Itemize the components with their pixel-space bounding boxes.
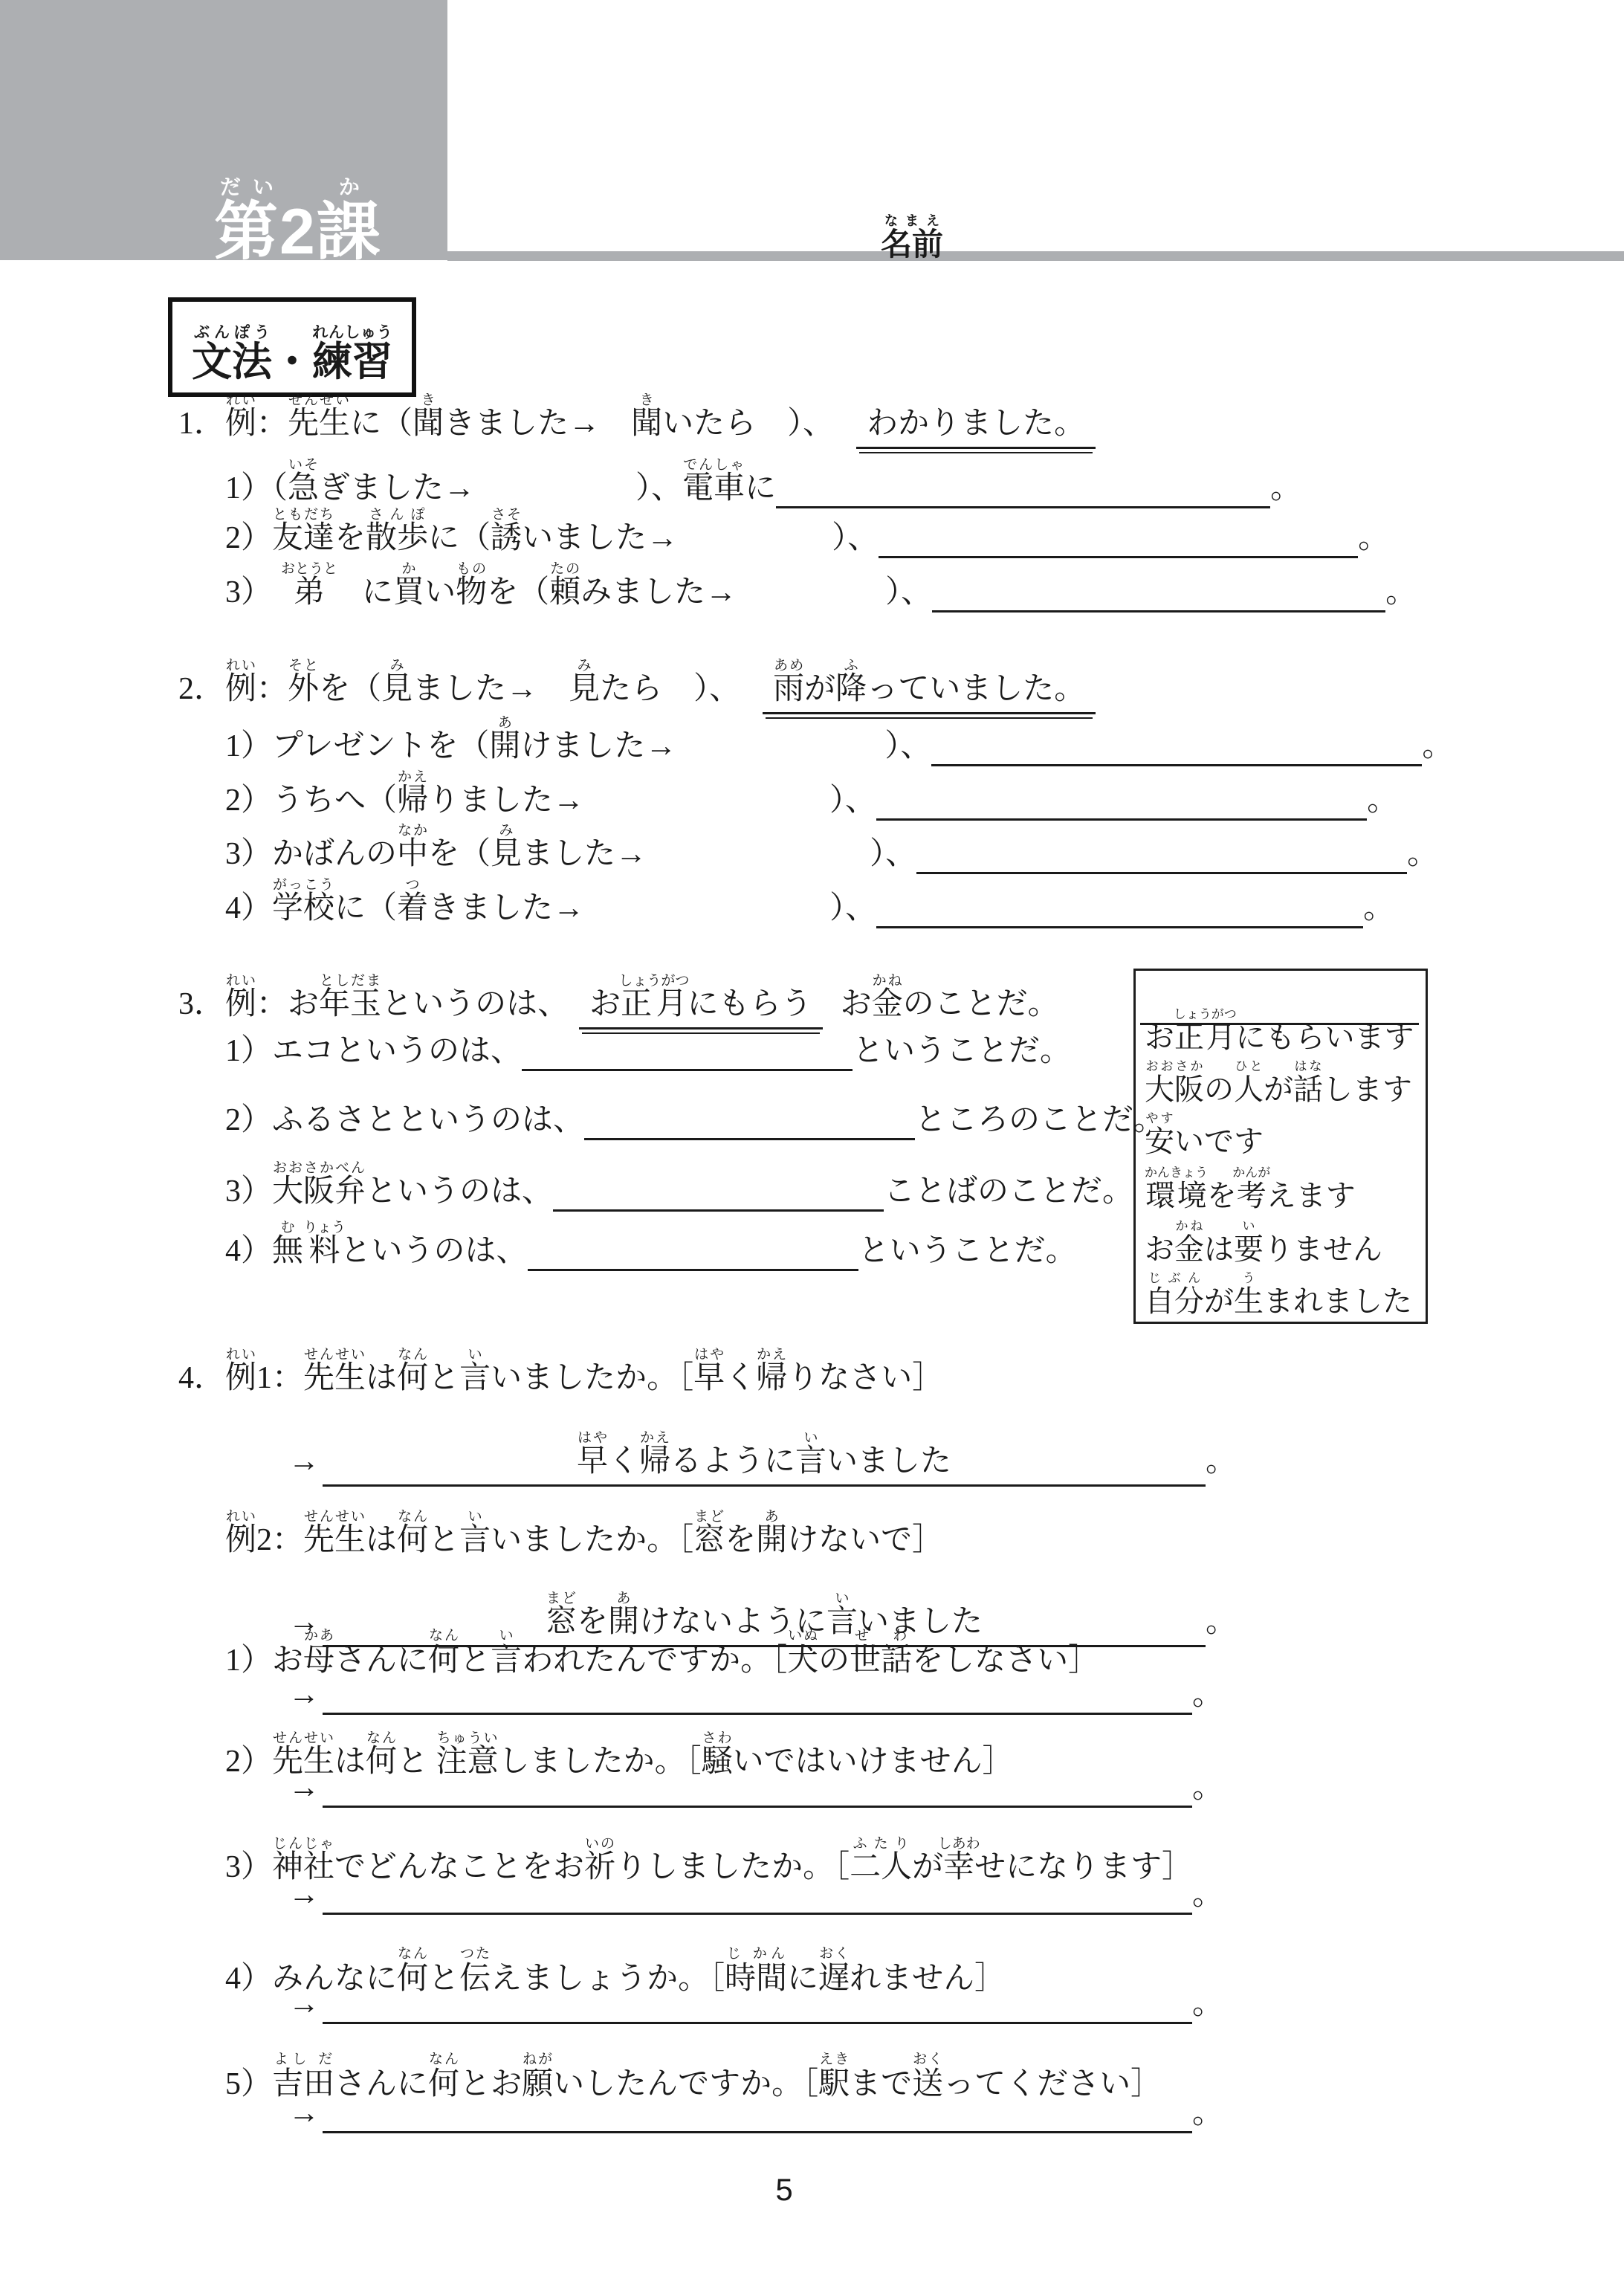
ruby-text: 母かあ: [303, 1643, 334, 1678]
text-segment: 。: [1270, 471, 1301, 505]
ruby-text: 世話せ わ: [850, 1643, 912, 1678]
text-segment: は: [1204, 1232, 1234, 1266]
ruby-text: 中なか: [397, 837, 428, 871]
text-segment: 。: [1363, 891, 1394, 925]
text-segment: を（: [319, 672, 381, 706]
text-segment: いましたか。［: [491, 1361, 693, 1395]
text-segment: 3）かばんの: [225, 837, 397, 871]
text-segment: と: [428, 1523, 459, 1557]
ruby-text: 第だい: [214, 196, 279, 268]
text-segment: 。: [1422, 729, 1453, 763]
wordbank-item-3: 安やすいです: [1145, 1111, 1264, 1160]
text-segment: われたんですか。［: [522, 1643, 787, 1678]
text-segment: にもらいます: [1236, 1021, 1414, 1054]
ruby-text: 例れい: [225, 1523, 256, 1557]
ex3-item-1: 1）エコというのは、ということだ。: [225, 1032, 1071, 1071]
text-segment: 。: [1358, 521, 1389, 555]
wordbank-item-6: 自分じぶんが生うまれました: [1145, 1271, 1412, 1319]
text-segment: 。: [1192, 2096, 1223, 2130]
text-segment: いました: [826, 1444, 951, 1478]
text-segment: は: [366, 1523, 397, 1557]
ruby-text: 言い: [795, 1444, 826, 1478]
ruby-text: 言い: [459, 1523, 491, 1557]
text-segment: 2：: [256, 1523, 303, 1557]
text-segment: 3）: [225, 1174, 272, 1209]
ruby-text: 誘さそ: [491, 521, 522, 555]
section-title: 文法ぶんぽう・練習れんしゅう: [192, 324, 392, 384]
ruby-text: 開あ: [489, 729, 520, 763]
answer-blank-line: [323, 2131, 1192, 2133]
text-segment: 1：: [256, 1361, 303, 1395]
text-segment: みました→: [580, 575, 737, 610]
text-segment: ことばのことだ。: [884, 1174, 1133, 1209]
ruby-text: 生う: [1234, 1284, 1264, 1318]
text-segment: 4．: [178, 1361, 225, 1395]
text-segment: 5）: [225, 2067, 272, 2101]
ruby-text: 見み: [569, 672, 600, 706]
text-segment: にもらう: [688, 987, 812, 1021]
ex4-item-5-answer: →。: [288, 2095, 1223, 2133]
text-segment: い: [424, 575, 456, 610]
text-segment: まれました: [1264, 1284, 1412, 1318]
page-number: 5: [751, 2172, 818, 2208]
ruby-text: 話はな: [1293, 1073, 1323, 1106]
text-segment: ：: [256, 407, 288, 441]
ex1-example: 1．例れい：先生せんせいに（聞ききました→ 聞きいたら ）、わかりました。: [178, 392, 1096, 449]
wordbank-item-5: お金かねは要いりません: [1145, 1219, 1382, 1267]
text-segment: というのは、: [381, 987, 569, 1021]
answer-blank-line: [876, 926, 1363, 928]
ex4-example-1: 4．例れい1：先生せんせいは何なんと言いいましたか。［早はやく帰かえりなさい］: [178, 1347, 943, 1397]
ex2-item-4: 4）学校がっこうに（着つきました→）、。: [225, 877, 1394, 928]
worksheet-page: 第だい2課か 名前なまえ 文法ぶんぽう・練習れんしゅう 5 1．例れい：先生せん…: [0, 0, 1624, 2282]
section-title-box: 文法ぶんぽう・練習れんしゅう: [168, 297, 416, 397]
text-segment: いです: [1174, 1125, 1264, 1158]
text-segment: 1）（: [225, 471, 288, 505]
text-segment: と: [459, 1643, 491, 1678]
text-segment: お: [1145, 1232, 1174, 1266]
ex3-item-3: 3）大阪弁おおさかべんというのは、ことばのことだ。: [225, 1160, 1133, 1212]
ruby-text: 金かね: [872, 987, 903, 1021]
ruby-text: 無む: [272, 1234, 303, 1268]
answer-blank-line: [931, 764, 1422, 766]
answer-blank-line: [522, 1069, 853, 1071]
text-segment: わかりました。: [867, 407, 1085, 441]
text-segment: お: [1145, 1021, 1174, 1054]
ruby-text: 見み: [381, 672, 413, 706]
text-segment: ：: [256, 672, 288, 706]
ruby-text: 外そと: [288, 672, 319, 706]
text-segment: きました→: [444, 407, 631, 441]
text-segment: っていました。: [867, 672, 1085, 706]
ex4-item-3-answer: →。: [288, 1876, 1223, 1915]
text-segment: 。: [1192, 1987, 1223, 2021]
text-segment: けました→: [520, 729, 676, 763]
text-segment: 2: [279, 196, 317, 268]
answer-blank-line: [323, 1806, 1192, 1808]
text-segment: 。: [1192, 1878, 1223, 1912]
text-segment: の: [1204, 1073, 1234, 1106]
ruby-text: 帰かえ: [397, 783, 428, 818]
answer-blank-line: [323, 1913, 1192, 1915]
text-segment: 3．: [178, 987, 225, 1021]
ruby-text: 金かね: [1174, 1232, 1204, 1266]
text-segment: 1）お: [225, 1643, 303, 1678]
text-segment: ところのことだ。: [915, 1103, 1165, 1137]
text-segment: →: [288, 1771, 320, 1805]
text-segment: 1．: [178, 407, 225, 441]
text-segment: ・: [272, 340, 312, 384]
ex2-example: 2．例れい：外そとを（見みました→ 見みたら ）、雨あめが降ふっていました。: [178, 658, 1096, 714]
text-segment: →: [288, 1987, 320, 2021]
text-segment: 1）プレゼントを（: [225, 729, 489, 763]
ex2-item-3: 3）かばんの中なかを（見みました→）、。: [225, 823, 1438, 874]
text-segment: ）、: [635, 471, 682, 505]
ruby-text: 降ふ: [835, 672, 867, 706]
text-segment: 2．: [178, 672, 225, 706]
ruby-text: 年玉としだま: [319, 987, 381, 1021]
ruby-text: 先生せんせい: [303, 1361, 366, 1395]
text-segment: ）、: [829, 891, 876, 925]
text-segment: ）、: [829, 783, 876, 818]
ruby-text: 何なん: [397, 1523, 428, 1557]
text-segment: りません: [1264, 1232, 1382, 1266]
ruby-text: 早はや: [693, 1361, 725, 1395]
ex3-item-4: 4）無む料りょうというのは、ということだ。: [225, 1220, 1077, 1271]
lesson-title: 第だい2課か: [214, 175, 382, 265]
text-segment: ：お: [256, 987, 319, 1021]
text-segment: というのは、: [366, 1174, 553, 1209]
ruby-text: 環境かんきょう: [1145, 1179, 1207, 1212]
ruby-text: 先生せんせい: [288, 407, 350, 441]
ex4-item-1: 1）お母かあさんに何なんと言いわれたんですか。［犬いぬの世話せ わをしなさい］: [225, 1628, 1099, 1679]
ruby-text: 買か: [393, 575, 424, 610]
answer-blank-line: [553, 1209, 884, 1212]
ex1-item-2: 2）友達ともだちを散歩さんぽに（誘さそいました→）、。: [225, 507, 1389, 558]
text-segment: を: [725, 1523, 756, 1557]
wordbank-item-1: お正月しょうがつにもらいます: [1145, 1007, 1414, 1056]
text-segment: をしなさい］: [912, 1643, 1099, 1678]
ruby-text: 開あ: [756, 1523, 787, 1557]
text-segment: ました→: [413, 672, 569, 706]
ruby-text: 大阪弁おおさかべん: [272, 1174, 366, 1209]
text-segment: →: [288, 1444, 320, 1478]
text-segment: ）、: [885, 575, 932, 610]
text-segment: 。: [1192, 1771, 1223, 1805]
ruby-text: 帰かえ: [756, 1361, 787, 1395]
ruby-text: 犬いぬ: [787, 1643, 818, 1678]
answer-blank-line: [879, 556, 1358, 558]
ruby-text: 自分じぶん: [1145, 1284, 1204, 1318]
text-segment: 4）: [225, 891, 272, 925]
text-segment: を（: [487, 575, 549, 610]
ruby-text: 聞き: [631, 407, 662, 441]
text-segment: りなさい］: [787, 1361, 943, 1395]
text-segment: 2）ふるさとというのは、: [225, 1103, 584, 1137]
text-segment: ）、: [884, 729, 931, 763]
ruby-text: 聞き: [413, 407, 444, 441]
text-segment: さんに: [334, 1643, 428, 1678]
ex1-item-3: 3） 弟おとうと に買かい物ものを（頼たのみました→）、。: [225, 561, 1417, 612]
ex4-example-2: 例れい2：先生せんせいは何なんと言いいましたか。［窓まどを開あけないで］: [225, 1509, 943, 1559]
text-segment: が: [804, 672, 835, 706]
text-segment: たら ）、: [600, 672, 740, 706]
ruby-text: 早はや: [577, 1444, 608, 1478]
ruby-text: 頼たの: [549, 575, 580, 610]
ex4-item-2-answer: →。: [288, 1769, 1223, 1808]
answer-blank-line: [916, 872, 1407, 874]
text-segment: →: [288, 1678, 320, 1712]
ruby-text: 考かんが: [1237, 1179, 1266, 1212]
ruby-text: 名前なまえ: [881, 227, 943, 262]
wordbank-item-2: 大阪おおさかの人ひとが話はなします: [1145, 1059, 1412, 1108]
ex1-item-1: 1）（急いそぎました→）、電車でんしゃに。: [225, 457, 1301, 508]
text-segment: ということだ。: [858, 1234, 1077, 1268]
answer-blank-line: [584, 1138, 915, 1140]
ruby-text: 課か: [317, 196, 382, 268]
text-segment: お: [589, 987, 621, 1021]
ruby-text: 電車でんしゃ: [682, 471, 745, 505]
text-segment: →: [288, 2096, 320, 2130]
ruby-text: 着つ: [397, 891, 428, 925]
name-label: 名前なまえ: [881, 213, 943, 261]
text-segment: 。: [1407, 837, 1438, 871]
text-segment: く: [608, 1444, 639, 1478]
answer-blank-line: [323, 2022, 1192, 2024]
text-segment: ました→: [522, 837, 647, 871]
ruby-text: 窓まど: [693, 1523, 725, 1557]
ruby-text: 散歩さんぽ: [366, 521, 428, 555]
text-segment: は: [366, 1361, 397, 1395]
ruby-text: 急いそ: [288, 471, 319, 505]
text-segment: します: [1323, 1073, 1412, 1106]
text-segment: 。: [1385, 575, 1417, 610]
text-segment: に: [745, 471, 776, 505]
ruby-text: 正月しょうがつ: [621, 987, 688, 1021]
text-segment: 1）エコというのは、: [225, 1034, 522, 1068]
text-segment: 4）: [225, 1234, 272, 1268]
text-segment: ということだ。: [853, 1034, 1071, 1068]
text-segment: に（: [428, 521, 491, 555]
text-segment: と: [428, 1361, 459, 1395]
ruby-text: 雨あめ: [773, 672, 804, 706]
text-segment: に（: [334, 891, 397, 925]
text-segment: ）、: [870, 837, 916, 871]
text-segment: お: [841, 987, 872, 1021]
text-segment: 。: [1192, 1678, 1223, 1712]
ruby-text: 弟おとうと: [288, 575, 331, 610]
wordbank-item-4: 環境かんきょうを考かんがえます: [1145, 1166, 1356, 1214]
text-segment: を（: [428, 837, 491, 871]
example-answer: わかりました。: [856, 405, 1096, 449]
text-segment: ）、: [832, 521, 879, 555]
ruby-text: 物もの: [456, 575, 487, 610]
text-segment: 2）うちへ（: [225, 783, 397, 818]
text-segment: いたら ）、: [662, 407, 834, 441]
ruby-text: 何なん: [397, 1361, 428, 1395]
ruby-text: 人ひと: [1234, 1073, 1264, 1106]
text-segment: 2）: [225, 1745, 272, 1779]
ruby-text: 帰かえ: [639, 1444, 670, 1478]
answer-blank-line: [323, 1713, 1192, 1715]
text-segment: が: [1204, 1284, 1234, 1318]
text-segment: 。: [1206, 1444, 1237, 1478]
answer-blank-line: [876, 818, 1367, 821]
example-answer: 雨あめが降ふっていました。: [763, 658, 1096, 714]
text-segment: く: [725, 1361, 756, 1395]
ruby-text: 友達ともだち: [272, 521, 334, 555]
name-field-line: [447, 251, 1624, 261]
ruby-text: 文法ぶんぽう: [192, 340, 272, 384]
ruby-text: 正月しょうがつ: [1174, 1021, 1236, 1054]
ex4-item-4-answer: →。: [288, 1985, 1223, 2024]
text-segment: いましたか。［: [491, 1523, 693, 1557]
ruby-text: 先生せんせい: [303, 1523, 366, 1557]
ex2-item-2: 2）うちへ（帰かえりました→）、。: [225, 769, 1398, 821]
text-segment: りました→: [428, 783, 584, 818]
ruby-text: 学校がっこう: [272, 891, 334, 925]
text-segment: いました→: [522, 521, 678, 555]
ruby-text: 例れい: [225, 672, 256, 706]
text-segment: 。: [1206, 1605, 1237, 1639]
text-segment: 3）: [225, 1850, 272, 1884]
text-segment: に（: [350, 407, 413, 441]
ex3-item-2: 2）ふるさとというのは、ところのことだ。: [225, 1102, 1165, 1140]
text-segment: に: [331, 575, 393, 610]
example-answer: 早はやく帰かえるように言いいました: [323, 1430, 1206, 1487]
ruby-text: 例れい: [225, 407, 256, 441]
ruby-text: 大阪おおさか: [1145, 1073, 1204, 1106]
text-segment: の: [818, 1643, 850, 1678]
text-segment: 3）: [225, 575, 288, 610]
answer-blank-line: [932, 610, 1385, 612]
text-segment: けないで］: [787, 1523, 943, 1557]
ruby-text: 言い: [491, 1643, 522, 1678]
ruby-text: 練習れんしゅう: [312, 340, 392, 384]
ruby-text: 料りょう: [303, 1234, 340, 1268]
ruby-text: 要い: [1234, 1232, 1264, 1266]
ruby-text: 言い: [459, 1361, 491, 1395]
text-segment: えます: [1266, 1179, 1356, 1212]
text-segment: 2）: [225, 521, 272, 555]
ex4-example-1-answer: →早はやく帰かえるように言いいました。: [288, 1430, 1237, 1487]
text-segment: →: [288, 1878, 320, 1912]
text-segment: というのは、: [340, 1234, 528, 1268]
text-segment: のことだ。: [903, 987, 1059, 1021]
ex4-item-1-answer: →。: [288, 1676, 1223, 1715]
text-segment: ぎました→: [319, 471, 475, 505]
ruby-text: 何なん: [428, 1643, 459, 1678]
text-segment: きました→: [428, 891, 584, 925]
ruby-text: 例れい: [225, 987, 256, 1021]
ruby-text: 例れい: [225, 1361, 256, 1395]
ruby-text: 見み: [491, 837, 522, 871]
ex2-item-1: 1）プレゼントを（開あけました→）、。: [225, 715, 1453, 766]
text-segment: を: [334, 521, 366, 555]
example-answer: お正月しょうがつにもらう: [579, 973, 823, 1030]
text-segment: が: [1264, 1073, 1293, 1106]
ruby-text: 安やす: [1145, 1125, 1174, 1158]
ex3-example: 3．例れい：お年玉としだまというのは、お正月しょうがつにもらうお金かねのことだ。: [178, 973, 1059, 1030]
text-segment: るように: [670, 1444, 795, 1478]
text-segment: 。: [1367, 783, 1398, 818]
answer-blank-line: [528, 1269, 858, 1271]
